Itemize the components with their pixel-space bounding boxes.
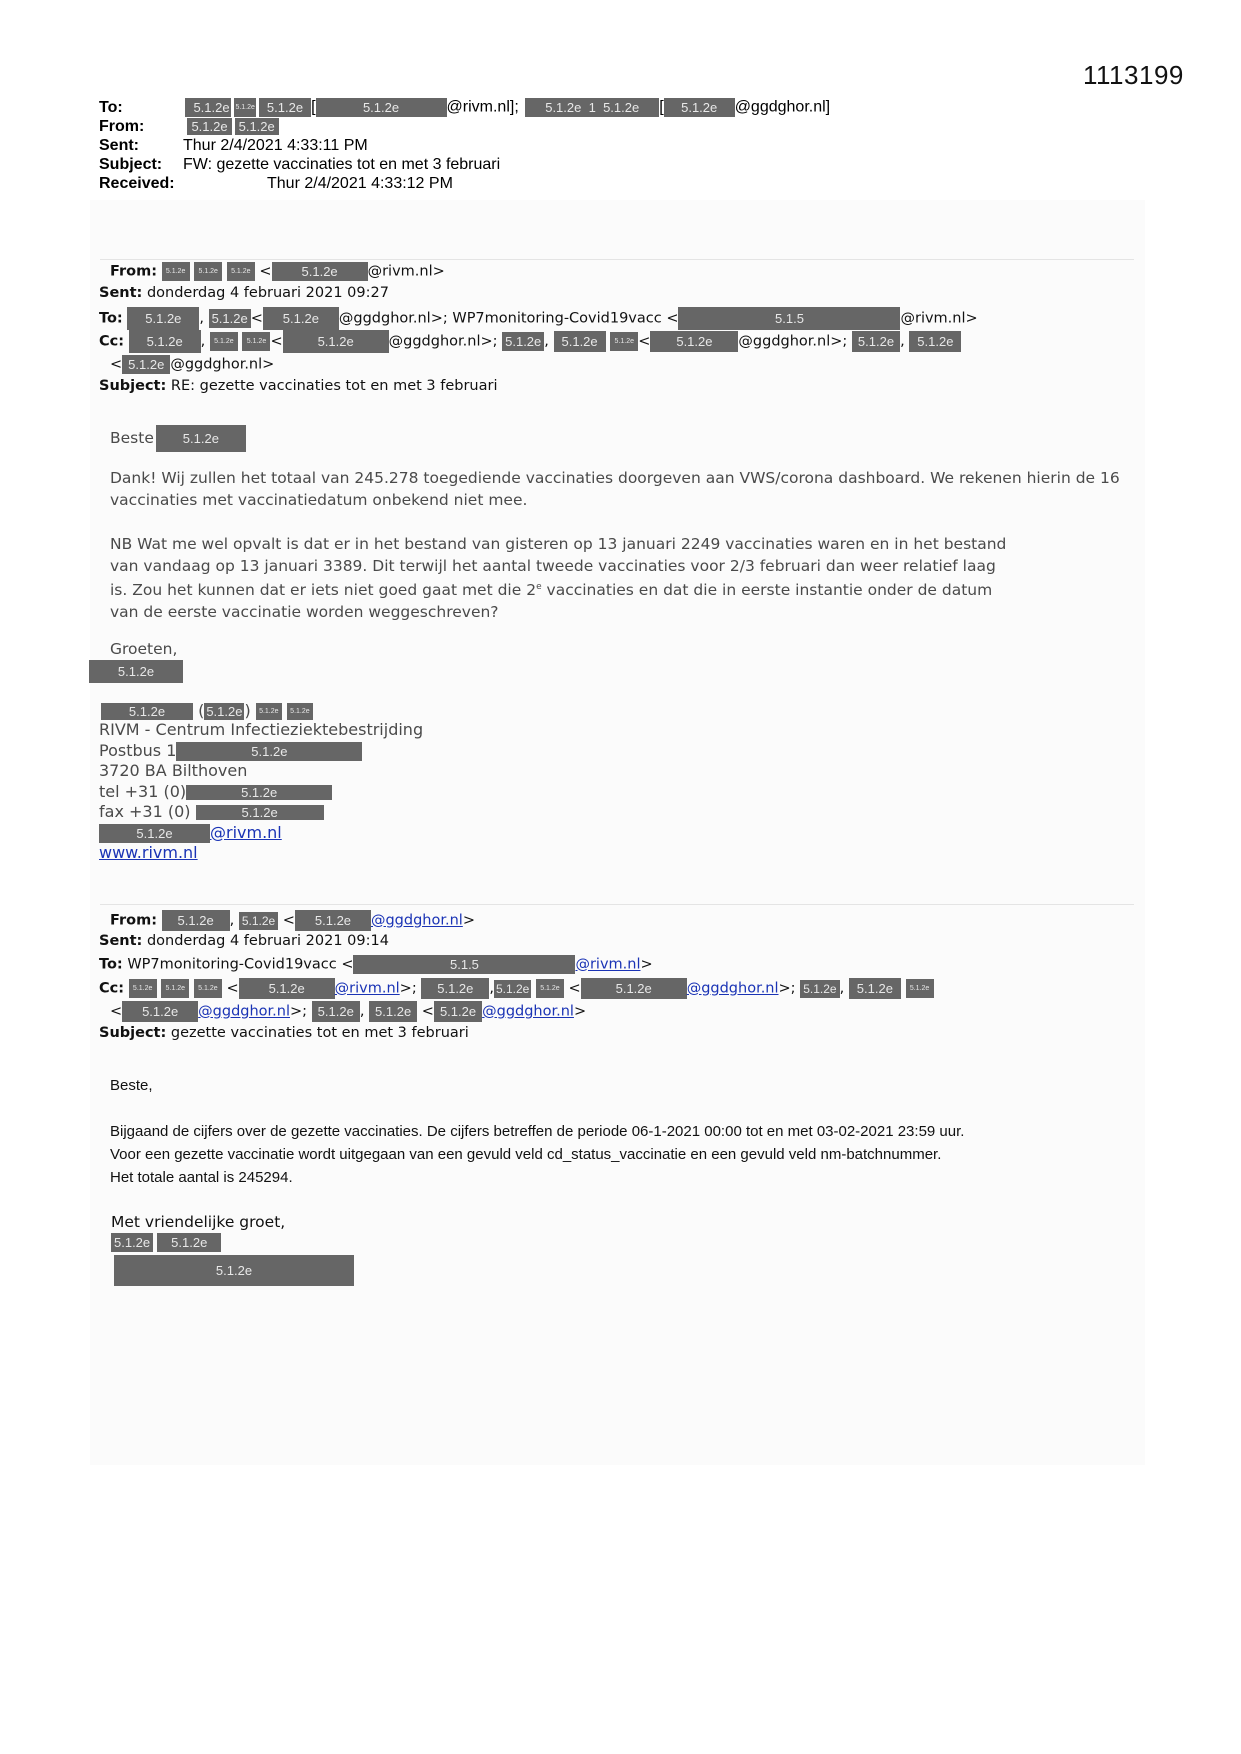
- redaction: 5.1.2e: [176, 742, 362, 761]
- msg2-sent-row: Sent: donderdag 4 februari 2021 09:14: [99, 933, 389, 949]
- redaction: 5.1.5: [353, 955, 575, 974]
- redaction: 5.1.2e: [162, 262, 190, 281]
- header-from-label: From:: [99, 118, 183, 136]
- header-subject-value: FW: gezette vaccinaties tot en met 3 feb…: [183, 156, 500, 173]
- redaction: 5.1.2e: [272, 262, 368, 281]
- signature-city: 3720 BA Bilthoven: [99, 761, 423, 782]
- header-received-value: Thur 2/4/2021 4:33:12 PM: [267, 175, 453, 192]
- msg1-greeting: Beste5.1.2e: [110, 425, 246, 452]
- msg2-cc-row: Cc: 5.1.2e 5.1.2e 5.1.2e <5.1.2e@rivm.nl…: [99, 978, 934, 999]
- redaction: 5.1.2e: [235, 118, 279, 135]
- redaction: 5.1.2e: [234, 98, 255, 117]
- redaction: 5.1.2e: [852, 331, 900, 352]
- msg2-from-email-link[interactable]: @ggdghor.nl: [371, 913, 463, 929]
- msg2-cc-label: Cc:: [99, 981, 124, 997]
- redaction: 5.1.2e: [129, 979, 157, 998]
- redaction: 5.1.2e: [239, 912, 278, 930]
- redaction: 5.1.2e: [287, 703, 313, 720]
- redaction: 5.1.2e: [122, 1001, 198, 1022]
- msg1-closing: Groeten,: [110, 639, 177, 661]
- msg1-sent-label: Sent:: [99, 285, 142, 301]
- redaction: 5.1.2e: [239, 978, 335, 999]
- separator: [100, 259, 1134, 260]
- msg1-cc-domain-2: @ggdghor.nl>;: [738, 334, 847, 350]
- redaction: 5.1.2e: [256, 703, 282, 720]
- text-line: is. Zou het kunnen dat er iets niet goed…: [110, 577, 1140, 602]
- header-to-domain-1: @rivm.nl];: [447, 99, 519, 116]
- redaction: 5.1.2e: [664, 98, 735, 117]
- msg1-subject-value: RE: gezette vaccinaties tot en met 3 feb…: [171, 378, 498, 394]
- redaction: 5.1.2e: [194, 979, 222, 998]
- redaction: 5.1.2e: [906, 979, 934, 998]
- redaction: 5.1.2e: [369, 1001, 417, 1022]
- header-sent-value: Thur 2/4/2021 4:33:11 PM: [183, 137, 368, 154]
- msg2-to-label: To:: [99, 957, 123, 973]
- signature-website: www.rivm.nl: [99, 843, 423, 864]
- msg2-from-label: From:: [110, 913, 157, 929]
- signature-fax: fax +31 (0) 5.1.2e: [99, 802, 423, 823]
- msg1-sent-value: donderdag 4 februari 2021 09:27: [147, 285, 389, 301]
- redaction: 5.1.2e: [650, 331, 738, 352]
- redaction: 5.1.5: [678, 307, 900, 330]
- signature-tel: tel +31 (0)5.1.2e: [99, 782, 423, 803]
- redaction: 5.1.2e 1 5.1.2e: [525, 98, 659, 117]
- msg2-cc-email-link-4[interactable]: @ggdghor.nl: [482, 1004, 574, 1020]
- msg2-to-row: To: WP7monitoring-Covid19vacc <5.1.5@riv…: [99, 955, 653, 974]
- msg2-signature-redactions: 5.1.2e5.1.2e: [111, 1233, 221, 1252]
- msg2-subject-value: gezette vaccinaties tot en met 3 februar…: [171, 1025, 469, 1041]
- redaction: 5.1.2e: [161, 979, 189, 998]
- header-to-row: To: 5.1.2e5.1.2e5.1.2e[5.1.2e@rivm.nl]; …: [99, 98, 830, 117]
- msg1-paragraph-1: Dank! Wij zullen het totaal van 245.278 …: [110, 468, 1130, 511]
- redaction: 5.1.2e: [186, 785, 332, 800]
- separator: [100, 904, 1134, 905]
- msg2-cc-email-link-2[interactable]: @ggdghor.nl: [687, 981, 779, 997]
- text-line: Voor een gezette vaccinatie wordt uitgeg…: [110, 1143, 1140, 1166]
- msg2-cc-email-link-1[interactable]: @rivm.nl: [335, 981, 400, 997]
- document-number: 1113199: [1083, 60, 1184, 91]
- msg2-greeting: Beste,: [110, 1074, 153, 1097]
- header-subject-row: Subject:FW: gezette vaccinaties tot en m…: [99, 156, 500, 174]
- redaction: 5.1.2e: [114, 1255, 354, 1286]
- signature-website-link[interactable]: www.rivm.nl: [99, 843, 198, 862]
- redaction: 5.1.2e: [434, 1001, 482, 1022]
- msg1-from-label: From:: [110, 264, 157, 280]
- msg2-sent-label: Sent:: [99, 933, 142, 949]
- msg1-subject-label: Subject:: [99, 378, 166, 394]
- text-line: Het totale aantal is 245294.: [110, 1166, 1140, 1189]
- redaction: 5.1.2e: [210, 332, 238, 351]
- redaction: 5.1.2e: [209, 309, 251, 328]
- header-to-domain-2: @ggdghor.nl]: [735, 99, 830, 116]
- redaction: 5.1.2e: [536, 979, 564, 998]
- msg2-from-row: From: 5.1.2e, 5.1.2e <5.1.2e@ggdghor.nl>: [110, 910, 475, 931]
- redaction: 5.1.2e: [502, 332, 544, 351]
- msg1-subject-row: Subject: RE: gezette vaccinaties tot en …: [99, 378, 498, 394]
- msg1-sent-row: Sent: donderdag 4 februari 2021 09:27: [99, 285, 389, 301]
- msg1-paragraph-2: NB Wat me wel opvalt is dat er in het be…: [110, 534, 1140, 623]
- signature-name-row: 5.1.2e (5.1.2e) 5.1.2e 5.1.2e: [101, 701, 313, 720]
- header-to-label: To:: [99, 99, 183, 117]
- redaction: 5.1.2e: [421, 978, 489, 999]
- redaction: 5.1.2e: [99, 824, 210, 843]
- redaction: 5.1.2e: [185, 98, 231, 117]
- redaction: 5.1.2e: [129, 330, 201, 353]
- msg1-from-domain: @rivm.nl>: [368, 264, 445, 280]
- text-line: Bijgaand de cijfers over de gezette vacc…: [110, 1120, 1140, 1143]
- msg2-subject-row: Subject: gezette vaccinaties tot en met …: [99, 1025, 469, 1041]
- redaction: 5.1.2e: [610, 332, 638, 351]
- redaction: 5.1.2e: [122, 355, 170, 374]
- msg1-sender-redaction: 5.1.2e: [89, 660, 183, 683]
- msg2-sent-value: donderdag 4 februari 2021 09:14: [147, 933, 389, 949]
- msg1-cc-row: Cc: 5.1.2e, 5.1.2e 5.1.2e<5.1.2e@ggdghor…: [99, 330, 961, 353]
- signature-org: RIVM - Centrum Infectieziektebestrijding: [99, 720, 423, 741]
- redaction: 5.1.2e: [157, 1233, 221, 1252]
- redaction: 5.1.2e: [111, 1233, 153, 1252]
- redaction: 5.1.2e: [156, 425, 246, 452]
- signature-block: RIVM - Centrum Infectieziektebestrijding…: [99, 720, 423, 864]
- redaction: 5.1.2e: [227, 262, 255, 281]
- signature-postbus: Postbus 15.1.2e: [99, 741, 423, 762]
- redaction: 5.1.2e: [127, 307, 199, 330]
- redaction: 5.1.2e: [494, 980, 531, 998]
- redaction: 5.1.2e: [187, 118, 231, 135]
- redaction: 5.1.2e: [259, 98, 311, 117]
- redaction: 5.1.2e: [295, 910, 371, 931]
- msg1-cc-domain-1: @ggdghor.nl>;: [389, 334, 498, 350]
- msg1-cc-label: Cc:: [99, 334, 124, 350]
- msg1-to-domain: @ggdghor.nl>; WP7monitoring-Covid19vacc …: [339, 311, 679, 327]
- text-line: NB Wat me wel opvalt is dat er in het be…: [110, 534, 1140, 556]
- redaction: 5.1.2e: [194, 262, 222, 281]
- msg2-subject-label: Subject:: [99, 1025, 166, 1041]
- msg1-to-row: To: 5.1.2e, 5.1.2e<5.1.2e@ggdghor.nl>; W…: [99, 307, 978, 330]
- header-sent-row: Sent:Thur 2/4/2021 4:33:11 PM: [99, 137, 368, 155]
- redaction: 5.1.2e: [312, 1001, 360, 1022]
- signature-email-link[interactable]: @rivm.nl: [210, 823, 282, 842]
- header-subject-label: Subject:: [99, 156, 183, 174]
- msg1-to-domain-2: @rivm.nl>: [900, 311, 977, 327]
- redaction: 5.1.2e: [581, 978, 687, 999]
- redaction: 5.1.2e: [283, 330, 389, 353]
- msg1-cc-row-2: <5.1.2e@ggdghor.nl>: [110, 355, 274, 374]
- redaction: 5.1.2e: [162, 910, 230, 931]
- redaction: 5.1.2e: [101, 703, 193, 720]
- redaction: 5.1.2e: [800, 980, 839, 998]
- msg2-to-email-link[interactable]: @rivm.nl: [575, 957, 640, 973]
- msg2-signature-redaction-block: 5.1.2e: [114, 1255, 354, 1286]
- redaction: 5.1.2e: [263, 307, 339, 330]
- header-received-label: Received:: [99, 175, 183, 193]
- redaction: 5.1.2e: [554, 331, 606, 352]
- greeting-text: Beste: [110, 429, 154, 447]
- redaction: 5.1.2e: [89, 660, 183, 683]
- msg2-closing: Met vriendelijke groet,: [111, 1213, 285, 1231]
- text-line: van de eerste vaccinatie worden weggesch…: [110, 602, 1140, 624]
- redaction: 5.1.2e: [242, 332, 270, 351]
- header-sent-label: Sent:: [99, 137, 183, 155]
- msg2-cc-row-2: <5.1.2e@ggdghor.nl>; 5.1.2e, 5.1.2e <5.1…: [110, 1001, 586, 1022]
- header-from-row: From: 5.1.2e5.1.2e: [99, 118, 279, 136]
- msg2-cc-email-link-3[interactable]: @ggdghor.nl: [198, 1004, 290, 1020]
- redaction: 5.1.2e: [204, 703, 244, 720]
- msg1-to-label: To:: [99, 311, 123, 327]
- text-line: van vandaag op 13 januari 3389. Dit terw…: [110, 556, 1140, 578]
- msg1-from-row: From: 5.1.2e 5.1.2e 5.1.2e <5.1.2e@rivm.…: [110, 262, 445, 281]
- redaction: 5.1.2e: [849, 978, 901, 999]
- redaction: 5.1.2e: [316, 98, 447, 117]
- redaction: 5.1.2e: [909, 331, 961, 352]
- msg1-cc-domain-3: @ggdghor.nl>: [170, 357, 274, 373]
- msg2-to-value: WP7monitoring-Covid19vacc <: [127, 957, 353, 973]
- signature-email: 5.1.2e@rivm.nl: [99, 823, 423, 844]
- header-received-row: Received:Thur 2/4/2021 4:33:12 PM: [99, 175, 453, 193]
- redaction: 5.1.2e: [196, 805, 324, 820]
- msg2-body: Bijgaand de cijfers over de gezette vacc…: [110, 1120, 1140, 1189]
